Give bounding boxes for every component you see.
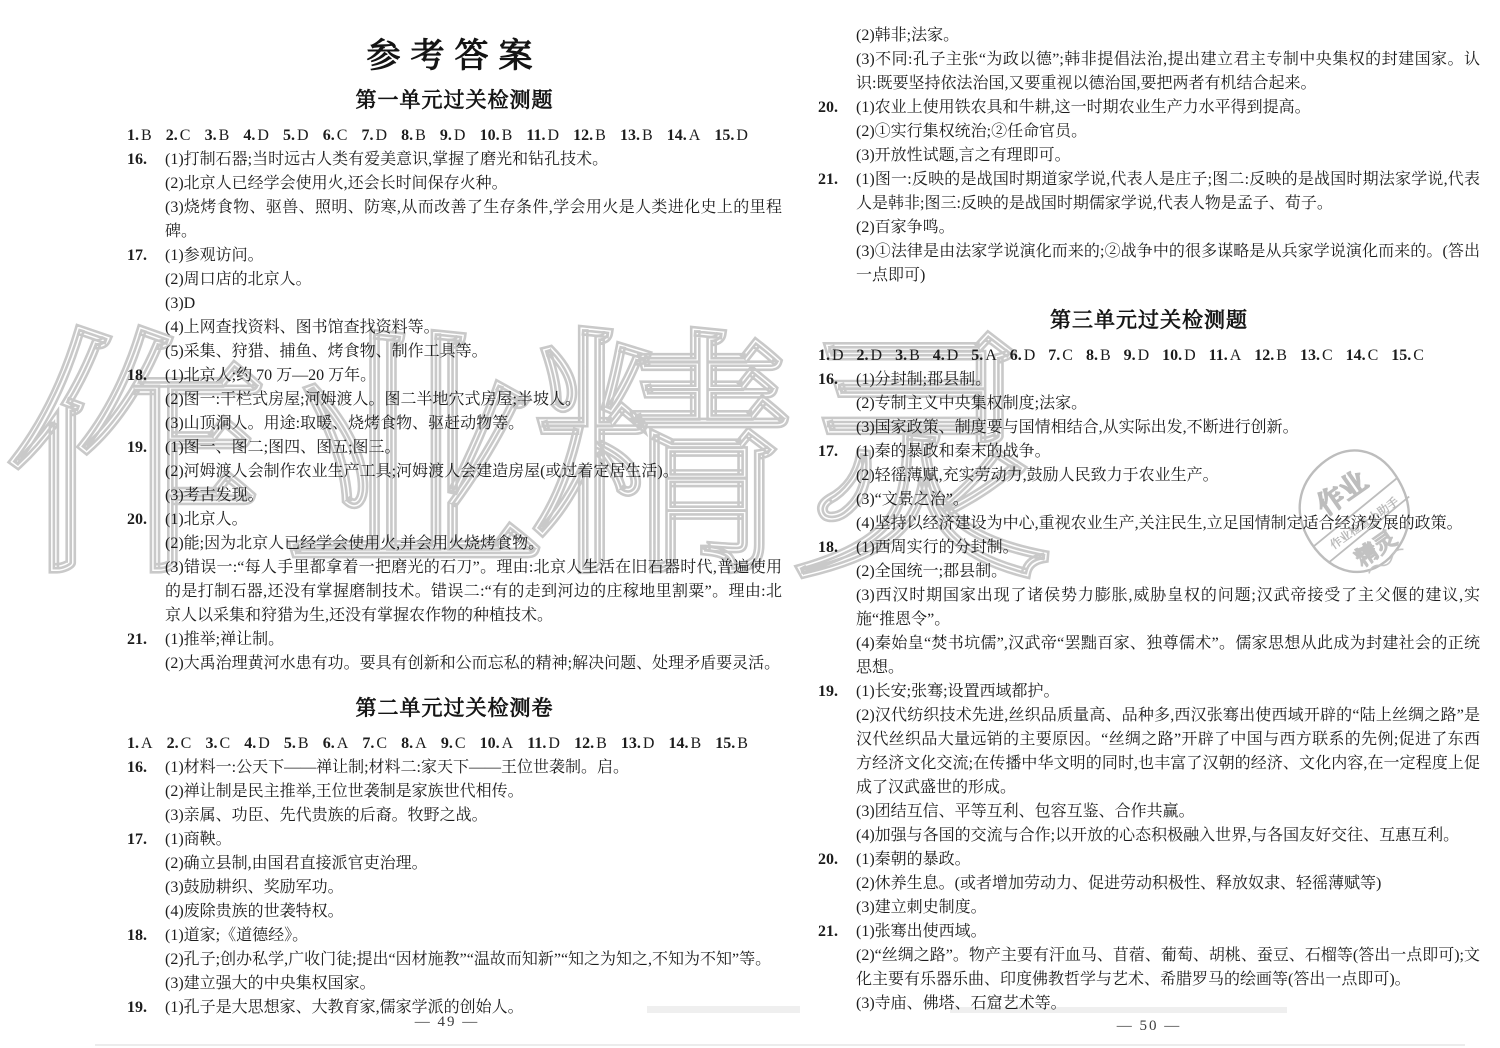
- mc-question-number: 5.: [284, 735, 296, 752]
- answer-line: (1)图一、图二;图四、图五;图三。: [165, 436, 782, 460]
- mc-answer: 8.B: [401, 124, 426, 148]
- question-answers: (1)农业上使用铁农具和牛耕,这一时期农业生产力水平得到提高。(2)①实行集权统…: [856, 96, 1480, 168]
- mc-answer: 11.D: [527, 732, 560, 756]
- question-answers: (1)参观访问。(2)周口店的北京人。(3)D(4)上网查找资料、图书馆查找资料…: [165, 244, 782, 364]
- mc-answer: 5.B: [284, 732, 309, 756]
- answer-line: (1)北京人。: [165, 508, 782, 532]
- mc-answer-letter: A: [500, 735, 514, 752]
- answer-line: (3)国家政策、制度要与国情相结合,从实际出发,不断进行创新。: [856, 416, 1480, 440]
- answer-line: (1)农业上使用铁农具和牛耕,这一时期农业生产力水平得到提高。: [856, 96, 1480, 120]
- mc-answer: 9.D: [440, 124, 466, 148]
- mc-answer: 1.A: [127, 732, 153, 756]
- mc-answer: 12.B: [573, 124, 606, 148]
- mc-question-number: 7.: [361, 127, 373, 144]
- page-number-right: — 50 —: [818, 1014, 1480, 1038]
- mc-question-number: 11.: [1209, 347, 1228, 364]
- mc-answer-letter: D: [734, 127, 748, 144]
- mc-answer: 4.D: [244, 732, 270, 756]
- mc-question-number: 4.: [243, 127, 255, 144]
- answer-line: (2)河姆渡人会制作农业生产工具;河姆渡人会建造房屋(或过着定居生活)。: [165, 460, 782, 484]
- mc-answer: 15.C: [1391, 344, 1424, 368]
- mc-question-number: 5.: [971, 347, 983, 364]
- mc-answer-letter: A: [983, 347, 997, 364]
- mc-question-number: 2.: [166, 127, 178, 144]
- question-number: 18.: [818, 536, 856, 680]
- mc-question-number: 13.: [620, 127, 640, 144]
- question-block: 18.(1)北京人;约 70 万—20 万年。(2)图一:干栏式房屋;河姆渡人。…: [127, 364, 782, 436]
- mc-answer: 2.D: [857, 344, 883, 368]
- mc-question-number: 10.: [480, 127, 500, 144]
- answer-line: (2)禅让制是民主推举,王位世袭制是家族世代相传。: [165, 780, 782, 804]
- question-number: 16.: [127, 756, 165, 828]
- answer-line: (4)废除贵族的世袭特权。: [165, 900, 782, 924]
- mc-answer-letter: C: [179, 735, 192, 752]
- question-block: 16.(1)打制石器;当时远古人类有爱美意识,掌握了磨光和钻孔技术。(2)北京人…: [127, 148, 782, 244]
- answer-line: (2)大禹治理黄河水患有功。要具有创新和公而忘私的精神;解决问题、处理矛盾要灵活…: [165, 652, 782, 676]
- scan-edge-line: [95, 1044, 1465, 1046]
- mc-answer-letter: B: [1098, 347, 1111, 364]
- answer-line: (3)不同:孔子主张“为政以德”;韩非提倡法治,提出建立君主专制中央集权的封建国…: [856, 48, 1480, 96]
- mc-question-number: 5.: [283, 127, 295, 144]
- mc-answer: 1.D: [818, 344, 844, 368]
- mc-answer-letter: C: [374, 735, 387, 752]
- mc-question-number: 10.: [480, 735, 500, 752]
- question-number: 19.: [818, 680, 856, 848]
- mc-answer: 4.D: [933, 344, 959, 368]
- mc-question-number: 2.: [857, 347, 869, 364]
- mc-answer: 2.C: [167, 732, 192, 756]
- answer-line: (4)坚持以经济建设为中心,重视农业生产,关注民生,立足国情制定适合经济发展的政…: [856, 512, 1480, 536]
- mc-answer-letter: D: [373, 127, 387, 144]
- answer-line: (1)北京人;约 70 万—20 万年。: [165, 364, 782, 388]
- mc-answer: 8.B: [1086, 344, 1111, 368]
- mc-answer: 15.D: [714, 124, 748, 148]
- mc-question-number: 12.: [574, 735, 594, 752]
- mc-answer-letter: D: [641, 735, 655, 752]
- mc-answer-letter: D: [869, 347, 883, 364]
- answer-line: (2)能;因为北京人已经学会使用火,并会用火烧烤食物。: [165, 532, 782, 556]
- question-block: 19.(1)图一、图二;图四、图五;图三。(2)河姆渡人会制作农业生产工具;河姆…: [127, 436, 782, 508]
- answer-line: (2)百家争鸣。: [856, 216, 1480, 240]
- answer-line: (2)休养生息。(或者增加劳动力、促进劳动积极性、释放奴隶、轻徭薄赋等): [856, 872, 1480, 896]
- mc-answer-letter: C: [178, 127, 191, 144]
- question-answers: (1)西周实行的分封制。(2)全国统一;郡县制。(3)西汉时期国家出现了诸侯势力…: [856, 536, 1480, 680]
- mc-question-number: 1.: [818, 347, 830, 364]
- answer-line: (3)亲属、功臣、先代贵族的后裔。牧野之战。: [165, 804, 782, 828]
- mc-answer: 13.C: [1300, 344, 1333, 368]
- mc-question-number: 1.: [127, 127, 139, 144]
- mc-answer-letter: A: [687, 127, 701, 144]
- mc-question-number: 9.: [1124, 347, 1136, 364]
- mc-answer-letter: B: [735, 735, 748, 752]
- mc-answer: 11.D: [526, 124, 559, 148]
- mc-answer-letter: B: [296, 735, 309, 752]
- mc-answer-letter: C: [217, 735, 230, 752]
- mc-answer-row: 1.A2.C3.C4.D5.B6.A7.C8.A9.C10.A11.D12.B1…: [127, 732, 782, 756]
- mc-answer-letter: B: [593, 127, 606, 144]
- answer-line: (2)韩非;法家。: [856, 24, 1480, 48]
- mc-answer: 13.B: [620, 124, 653, 148]
- mc-question-number: 3.: [895, 347, 907, 364]
- mc-answer-letter: A: [413, 735, 427, 752]
- question-number: 19.: [127, 436, 165, 508]
- answer-line: (3)开放性试题,言之有理即可。: [856, 144, 1480, 168]
- question-block: 21.(1)图一:反映的是战国时期道家学说,代表人是庄子;图二:反映的是战国时期…: [818, 168, 1480, 288]
- answer-line: (3)建立刺史制度。: [856, 896, 1480, 920]
- question-block: 18.(1)西周实行的分封制。(2)全国统一;郡县制。(3)西汉时期国家出现了诸…: [818, 536, 1480, 680]
- mc-question-number: 14.: [669, 735, 689, 752]
- mc-answer-letter: C: [1320, 347, 1333, 364]
- mc-answer-letter: B: [500, 127, 513, 144]
- mc-answer-letter: B: [217, 127, 230, 144]
- answer-line: (3)山顶洞人。用途:取暖、烧烤食物、驱赶动物等。: [165, 412, 782, 436]
- question-number: 16.: [127, 148, 165, 244]
- mc-answer: 10.D: [1162, 344, 1196, 368]
- question-number: 16.: [818, 368, 856, 440]
- answer-line: (3)考古发现。: [165, 484, 782, 508]
- question-answers: (1)张骞出使西域。(2)“丝绸之路”。物产主要有汗血马、苜蓿、葡萄、胡桃、蚕豆…: [856, 920, 1480, 1016]
- answer-line: (3)西汉时期国家出现了诸侯势力膨胀,威胁皇权的问题;汉武帝接受了主父偃的建议,…: [856, 584, 1480, 632]
- mc-answer-letter: D: [546, 127, 560, 144]
- mc-answer-letter: D: [1182, 347, 1196, 364]
- mc-answer: 8.A: [401, 732, 427, 756]
- mc-question-number: 7.: [1048, 347, 1060, 364]
- mc-question-number: 8.: [1086, 347, 1098, 364]
- mc-answer: 9.D: [1124, 344, 1150, 368]
- mc-question-number: 9.: [440, 127, 452, 144]
- answer-line: (1)推举;禅让制。: [165, 628, 782, 652]
- mc-answer: 14.B: [669, 732, 702, 756]
- left-page: 参考答案 第一单元过关检测题1.B2.C3.B4.D5.D6.C7.D8.B9.…: [127, 36, 782, 1020]
- mc-answer: 10.A: [480, 732, 514, 756]
- question-number: 20.: [818, 848, 856, 920]
- answer-line: (2)专制主义中央集权制度;法家。: [856, 392, 1480, 416]
- mc-answer: 7.D: [361, 124, 387, 148]
- answer-key-title: 参考答案: [127, 36, 782, 78]
- question-block: 20.(1)农业上使用铁农具和牛耕,这一时期农业生产力水平得到提高。(2)①实行…: [818, 96, 1480, 168]
- mc-question-number: 12.: [1254, 347, 1274, 364]
- mc-answer-letter: A: [1228, 347, 1242, 364]
- question-number: 20.: [127, 508, 165, 628]
- question-block: 21.(1)张骞出使西域。(2)“丝绸之路”。物产主要有汗血马、苜蓿、葡萄、胡桃…: [818, 920, 1480, 1016]
- answer-line: (2)汉代纺织技术先进,丝织品质量高、品种多,西汉张骞出使西域开辟的“陆上丝绸之…: [856, 704, 1480, 800]
- mc-answer-row: 1.B2.C3.B4.D5.D6.C7.D8.B9.D10.B11.D12.B1…: [127, 124, 782, 148]
- mc-answer-letter: D: [295, 127, 309, 144]
- mc-question-number: 3.: [205, 127, 217, 144]
- mc-answer-letter: B: [594, 735, 607, 752]
- mc-answer-letter: C: [1366, 347, 1379, 364]
- mc-answer-letter: B: [1274, 347, 1287, 364]
- mc-question-number: 7.: [362, 735, 374, 752]
- section-heading: 第一单元过关检测题: [127, 88, 782, 114]
- question-number: 17.: [818, 440, 856, 536]
- question-number: 18.: [127, 924, 165, 996]
- answer-line: (1)秦的暴政和秦末的战争。: [856, 440, 1480, 464]
- answer-line: (1)打制石器;当时远古人类有爱美意识,掌握了磨光和钻孔技术。: [165, 148, 782, 172]
- question-block: 18.(1)道家;《道德经》。(2)孔子;创办私学,广收门徒;提出“因材施教”“…: [127, 924, 782, 996]
- question-number: 21.: [127, 628, 165, 676]
- mc-answer-letter: D: [452, 127, 466, 144]
- mc-question-number: 8.: [401, 735, 413, 752]
- mc-answer: 2.C: [166, 124, 191, 148]
- mc-answer-letter: D: [1022, 347, 1036, 364]
- mc-answer-letter: D: [1136, 347, 1150, 364]
- question-answers: (1)秦朝的暴政。(2)休养生息。(或者增加劳动力、促进劳动积极性、释放奴隶、轻…: [856, 848, 1480, 920]
- mc-question-number: 10.: [1162, 347, 1182, 364]
- answer-line: (1)参观访问。: [165, 244, 782, 268]
- answer-line: (4)上网查找资料、图书馆查找资料等。: [165, 316, 782, 340]
- mc-answer: 15.B: [715, 732, 748, 756]
- question-block: 17.(1)参观访问。(2)周口店的北京人。(3)D(4)上网查找资料、图书馆查…: [127, 244, 782, 364]
- mc-answer: 9.C: [441, 732, 466, 756]
- question-block: 17.(1)商鞅。(2)确立县制,由国君直接派官吏治理。(3)鼓励耕织、奖励军功…: [127, 828, 782, 924]
- answer-line: (1)材料一:公天下——禅让制;材料二:家天下——王位世袭制。启。: [165, 756, 782, 780]
- question-answers: (1)北京人;约 70 万—20 万年。(2)图一:干栏式房屋;河姆渡人。图二半…: [165, 364, 782, 436]
- question-block: 19.(1)长安;张骞;设置西域都护。(2)汉代纺织技术先进,丝织品质量高、品种…: [818, 680, 1480, 848]
- mc-question-number: 9.: [441, 735, 453, 752]
- mc-question-number: 1.: [127, 735, 139, 752]
- mc-question-number: 4.: [933, 347, 945, 364]
- question-answers: (1)分封制;郡县制。(2)专制主义中央集权制度;法家。(3)国家政策、制度要与…: [856, 368, 1480, 440]
- mc-answer-letter: D: [256, 735, 270, 752]
- mc-question-number: 13.: [1300, 347, 1320, 364]
- section-heading: 第二单元过关检测卷: [127, 696, 782, 722]
- question-number: 17.: [127, 828, 165, 924]
- mc-question-number: 2.: [167, 735, 179, 752]
- mc-answer-letter: D: [945, 347, 959, 364]
- mc-answer: 7.C: [1048, 344, 1073, 368]
- mc-question-number: 15.: [1391, 347, 1411, 364]
- answer-line: (2)确立县制,由国君直接派官吏治理。: [165, 852, 782, 876]
- mc-question-number: 6.: [1010, 347, 1022, 364]
- answer-line: (3)寺庙、佛塔、石窟艺术等。: [856, 992, 1480, 1016]
- mc-answer: 5.D: [283, 124, 309, 148]
- question-number: 20.: [818, 96, 856, 168]
- mc-question-number: 6.: [323, 127, 335, 144]
- mc-question-number: 6.: [323, 735, 335, 752]
- mc-answer-letter: A: [139, 735, 153, 752]
- mc-answer: 3.B: [895, 344, 920, 368]
- question-number: 17.: [127, 244, 165, 364]
- left-page-content: 第一单元过关检测题1.B2.C3.B4.D5.D6.C7.D8.B9.D10.B…: [127, 88, 782, 1020]
- section-heading: 第三单元过关检测题: [818, 308, 1480, 334]
- mc-answer: 14.C: [1346, 344, 1379, 368]
- question-block: 17.(1)秦的暴政和秦末的战争。(2)轻徭薄赋,充实劳动力,鼓励人民致力于农业…: [818, 440, 1480, 536]
- mc-question-number: 14.: [667, 127, 687, 144]
- answer-line: (3)错误一:“每人手里都拿着一把磨光的石刀”。理由:北京人生活在旧石器时代,普…: [165, 556, 782, 628]
- question-answers: (1)推举;禅让制。(2)大禹治理黄河水患有功。要具有创新和公而忘私的精神;解决…: [165, 628, 782, 676]
- mc-answer-letter: C: [335, 127, 348, 144]
- mc-answer: 10.B: [480, 124, 513, 148]
- answer-line: (1)西周实行的分封制。: [856, 536, 1480, 560]
- answer-line: (3)烧烤食物、驱兽、照明、防寒,从而改善了生存条件,学会用火是人类进化史上的里…: [165, 196, 782, 244]
- answer-line: (4)加强与各国的交流与合作;以开放的心态积极融入世界,与各国友好交往、互惠互利…: [856, 824, 1480, 848]
- question-answers: (1)打制石器;当时远古人类有爱美意识,掌握了磨光和钻孔技术。(2)北京人已经学…: [165, 148, 782, 244]
- mc-answer-letter: C: [453, 735, 466, 752]
- mc-answer: 7.C: [362, 732, 387, 756]
- mc-answer: 14.A: [667, 124, 701, 148]
- mc-answer: 12.B: [1254, 344, 1287, 368]
- answer-line: (3)团结互信、平等互利、包容互鉴、合作共赢。: [856, 800, 1480, 824]
- mc-answer: 3.B: [205, 124, 230, 148]
- question-number: 21.: [818, 168, 856, 288]
- question-block: 16.(1)分封制;郡县制。(2)专制主义中央集权制度;法家。(3)国家政策、制…: [818, 368, 1480, 440]
- mc-answer-letter: C: [1411, 347, 1424, 364]
- question-block: 21.(1)推举;禅让制。(2)大禹治理黄河水患有功。要具有创新和公而忘私的精神…: [127, 628, 782, 676]
- question-number: 18.: [127, 364, 165, 436]
- answer-line: (3)鼓励耕织、奖励军功。: [165, 876, 782, 900]
- mc-answer-letter: A: [335, 735, 349, 752]
- mc-question-number: 15.: [714, 127, 734, 144]
- mc-answer-letter: D: [255, 127, 269, 144]
- answer-line: (3)建立强大的中央集权国家。: [165, 972, 782, 996]
- answer-line: (2)周口店的北京人。: [165, 268, 782, 292]
- mc-question-number: 15.: [715, 735, 735, 752]
- answer-line: (1)分封制;郡县制。: [856, 368, 1480, 392]
- answer-line: (2)“丝绸之路”。物产主要有汗血马、苜蓿、葡萄、胡桃、蚕豆、石榴等(答出一点即…: [856, 944, 1480, 992]
- question-answers: (1)材料一:公天下——禅让制;材料二:家天下——王位世袭制。启。(2)禅让制是…: [165, 756, 782, 828]
- answer-line: (3)D: [165, 292, 782, 316]
- page-number-left: — 49 —: [127, 1010, 767, 1034]
- question-answers: (1)秦的暴政和秦末的战争。(2)轻徭薄赋,充实劳动力,鼓励人民致力于农业生产。…: [856, 440, 1480, 536]
- answer-line: (2)①实行集权统治;②任命官员。: [856, 120, 1480, 144]
- answer-line: (3)①法律是由法家学说演化而来的;②战争中的很多谋略是从兵家学说演化而来的。(…: [856, 240, 1480, 288]
- question-block: (2)韩非;法家。(3)不同:孔子主张“为政以德”;韩非提倡法治,提出建立君主专…: [818, 24, 1480, 96]
- mc-answer: 11.A: [1209, 344, 1242, 368]
- answer-line: (3)“文景之治”。: [856, 488, 1480, 512]
- answer-line: (2)孔子;创办私学,广收门徒;提出“因材施教”“温故而知新”“知之为知之,不知…: [165, 948, 782, 972]
- mc-answer-letter: B: [413, 127, 426, 144]
- mc-answer-letter: D: [546, 735, 560, 752]
- mc-question-number: 3.: [205, 735, 217, 752]
- mc-answer: 6.C: [323, 124, 348, 148]
- mc-answer: 1.B: [127, 124, 152, 148]
- answer-line: (2)北京人已经学会使用火,还会长时间保存火种。: [165, 172, 782, 196]
- mc-answer: 5.A: [971, 344, 997, 368]
- mc-answer-row: 1.D2.D3.B4.D5.A6.D7.C8.B9.D10.D11.A12.B1…: [818, 344, 1480, 368]
- mc-answer: 6.D: [1010, 344, 1036, 368]
- mc-question-number: 11.: [527, 735, 546, 752]
- right-page-content: (2)韩非;法家。(3)不同:孔子主张“为政以德”;韩非提倡法治,提出建立君主专…: [818, 24, 1480, 1016]
- question-answers: (1)商鞅。(2)确立县制,由国君直接派官吏治理。(3)鼓励耕织、奖励军功。(4…: [165, 828, 782, 924]
- answer-line: (1)张骞出使西域。: [856, 920, 1480, 944]
- question-answers: (1)道家;《道德经》。(2)孔子;创办私学,广收门徒;提出“因材施教”“温故而…: [165, 924, 782, 996]
- mc-answer-letter: B: [640, 127, 653, 144]
- mc-answer: 13.D: [621, 732, 655, 756]
- question-answers: (2)韩非;法家。(3)不同:孔子主张“为政以德”;韩非提倡法治,提出建立君主专…: [856, 24, 1480, 96]
- answer-line: (5)采集、狩猎、捕鱼、烤食物、制作工具等。: [165, 340, 782, 364]
- question-answers: (1)图一:反映的是战国时期道家学说,代表人是庄子;图二:反映的是战国时期法家学…: [856, 168, 1480, 288]
- mc-question-number: 4.: [244, 735, 256, 752]
- mc-answer: 3.C: [205, 732, 230, 756]
- question-block: 16.(1)材料一:公天下——禅让制;材料二:家天下——王位世袭制。启。(2)禅…: [127, 756, 782, 828]
- mc-answer-letter: B: [689, 735, 702, 752]
- answer-line: (1)秦朝的暴政。: [856, 848, 1480, 872]
- question-number: [818, 24, 856, 96]
- right-page: (2)韩非;法家。(3)不同:孔子主张“为政以德”;韩非提倡法治,提出建立君主专…: [818, 24, 1480, 1016]
- answer-line: (4)秦始皇“焚书坑儒”,汉武帝“罢黜百家、独尊儒术”。儒家思想从此成为封建社会…: [856, 632, 1480, 680]
- mc-question-number: 13.: [621, 735, 641, 752]
- answer-line: (1)图一:反映的是战国时期道家学说,代表人是庄子;图二:反映的是战国时期法家学…: [856, 168, 1480, 216]
- question-number: 21.: [818, 920, 856, 1016]
- answer-line: (1)道家;《道德经》。: [165, 924, 782, 948]
- question-answers: (1)北京人。(2)能;因为北京人已经学会使用火,并会用火烧烤食物。(3)错误一…: [165, 508, 782, 628]
- mc-answer: 6.A: [323, 732, 349, 756]
- mc-answer-letter: C: [1060, 347, 1073, 364]
- answer-line: (2)轻徭薄赋,充实劳动力,鼓励人民致力于农业生产。: [856, 464, 1480, 488]
- mc-answer: 12.B: [574, 732, 607, 756]
- mc-answer-letter: D: [830, 347, 844, 364]
- mc-question-number: 11.: [526, 127, 545, 144]
- question-answers: (1)长安;张骞;设置西域都护。(2)汉代纺织技术先进,丝织品质量高、品种多,西…: [856, 680, 1480, 848]
- answer-line: (1)长安;张骞;设置西域都护。: [856, 680, 1480, 704]
- mc-answer-letter: B: [139, 127, 152, 144]
- question-block: 20.(1)秦朝的暴政。(2)休养生息。(或者增加劳动力、促进劳动积极性、释放奴…: [818, 848, 1480, 920]
- question-answers: (1)图一、图二;图四、图五;图三。(2)河姆渡人会制作农业生产工具;河姆渡人会…: [165, 436, 782, 508]
- question-block: 20.(1)北京人。(2)能;因为北京人已经学会使用火,并会用火烧烤食物。(3)…: [127, 508, 782, 628]
- mc-answer-letter: B: [907, 347, 920, 364]
- mc-question-number: 12.: [573, 127, 593, 144]
- answer-line: (2)图一:干栏式房屋;河姆渡人。图二半地穴式房屋;半坡人。: [165, 388, 782, 412]
- mc-question-number: 8.: [401, 127, 413, 144]
- answer-line: (1)商鞅。: [165, 828, 782, 852]
- mc-question-number: 14.: [1346, 347, 1366, 364]
- answer-line: (2)全国统一;郡县制。: [856, 560, 1480, 584]
- mc-answer: 4.D: [243, 124, 269, 148]
